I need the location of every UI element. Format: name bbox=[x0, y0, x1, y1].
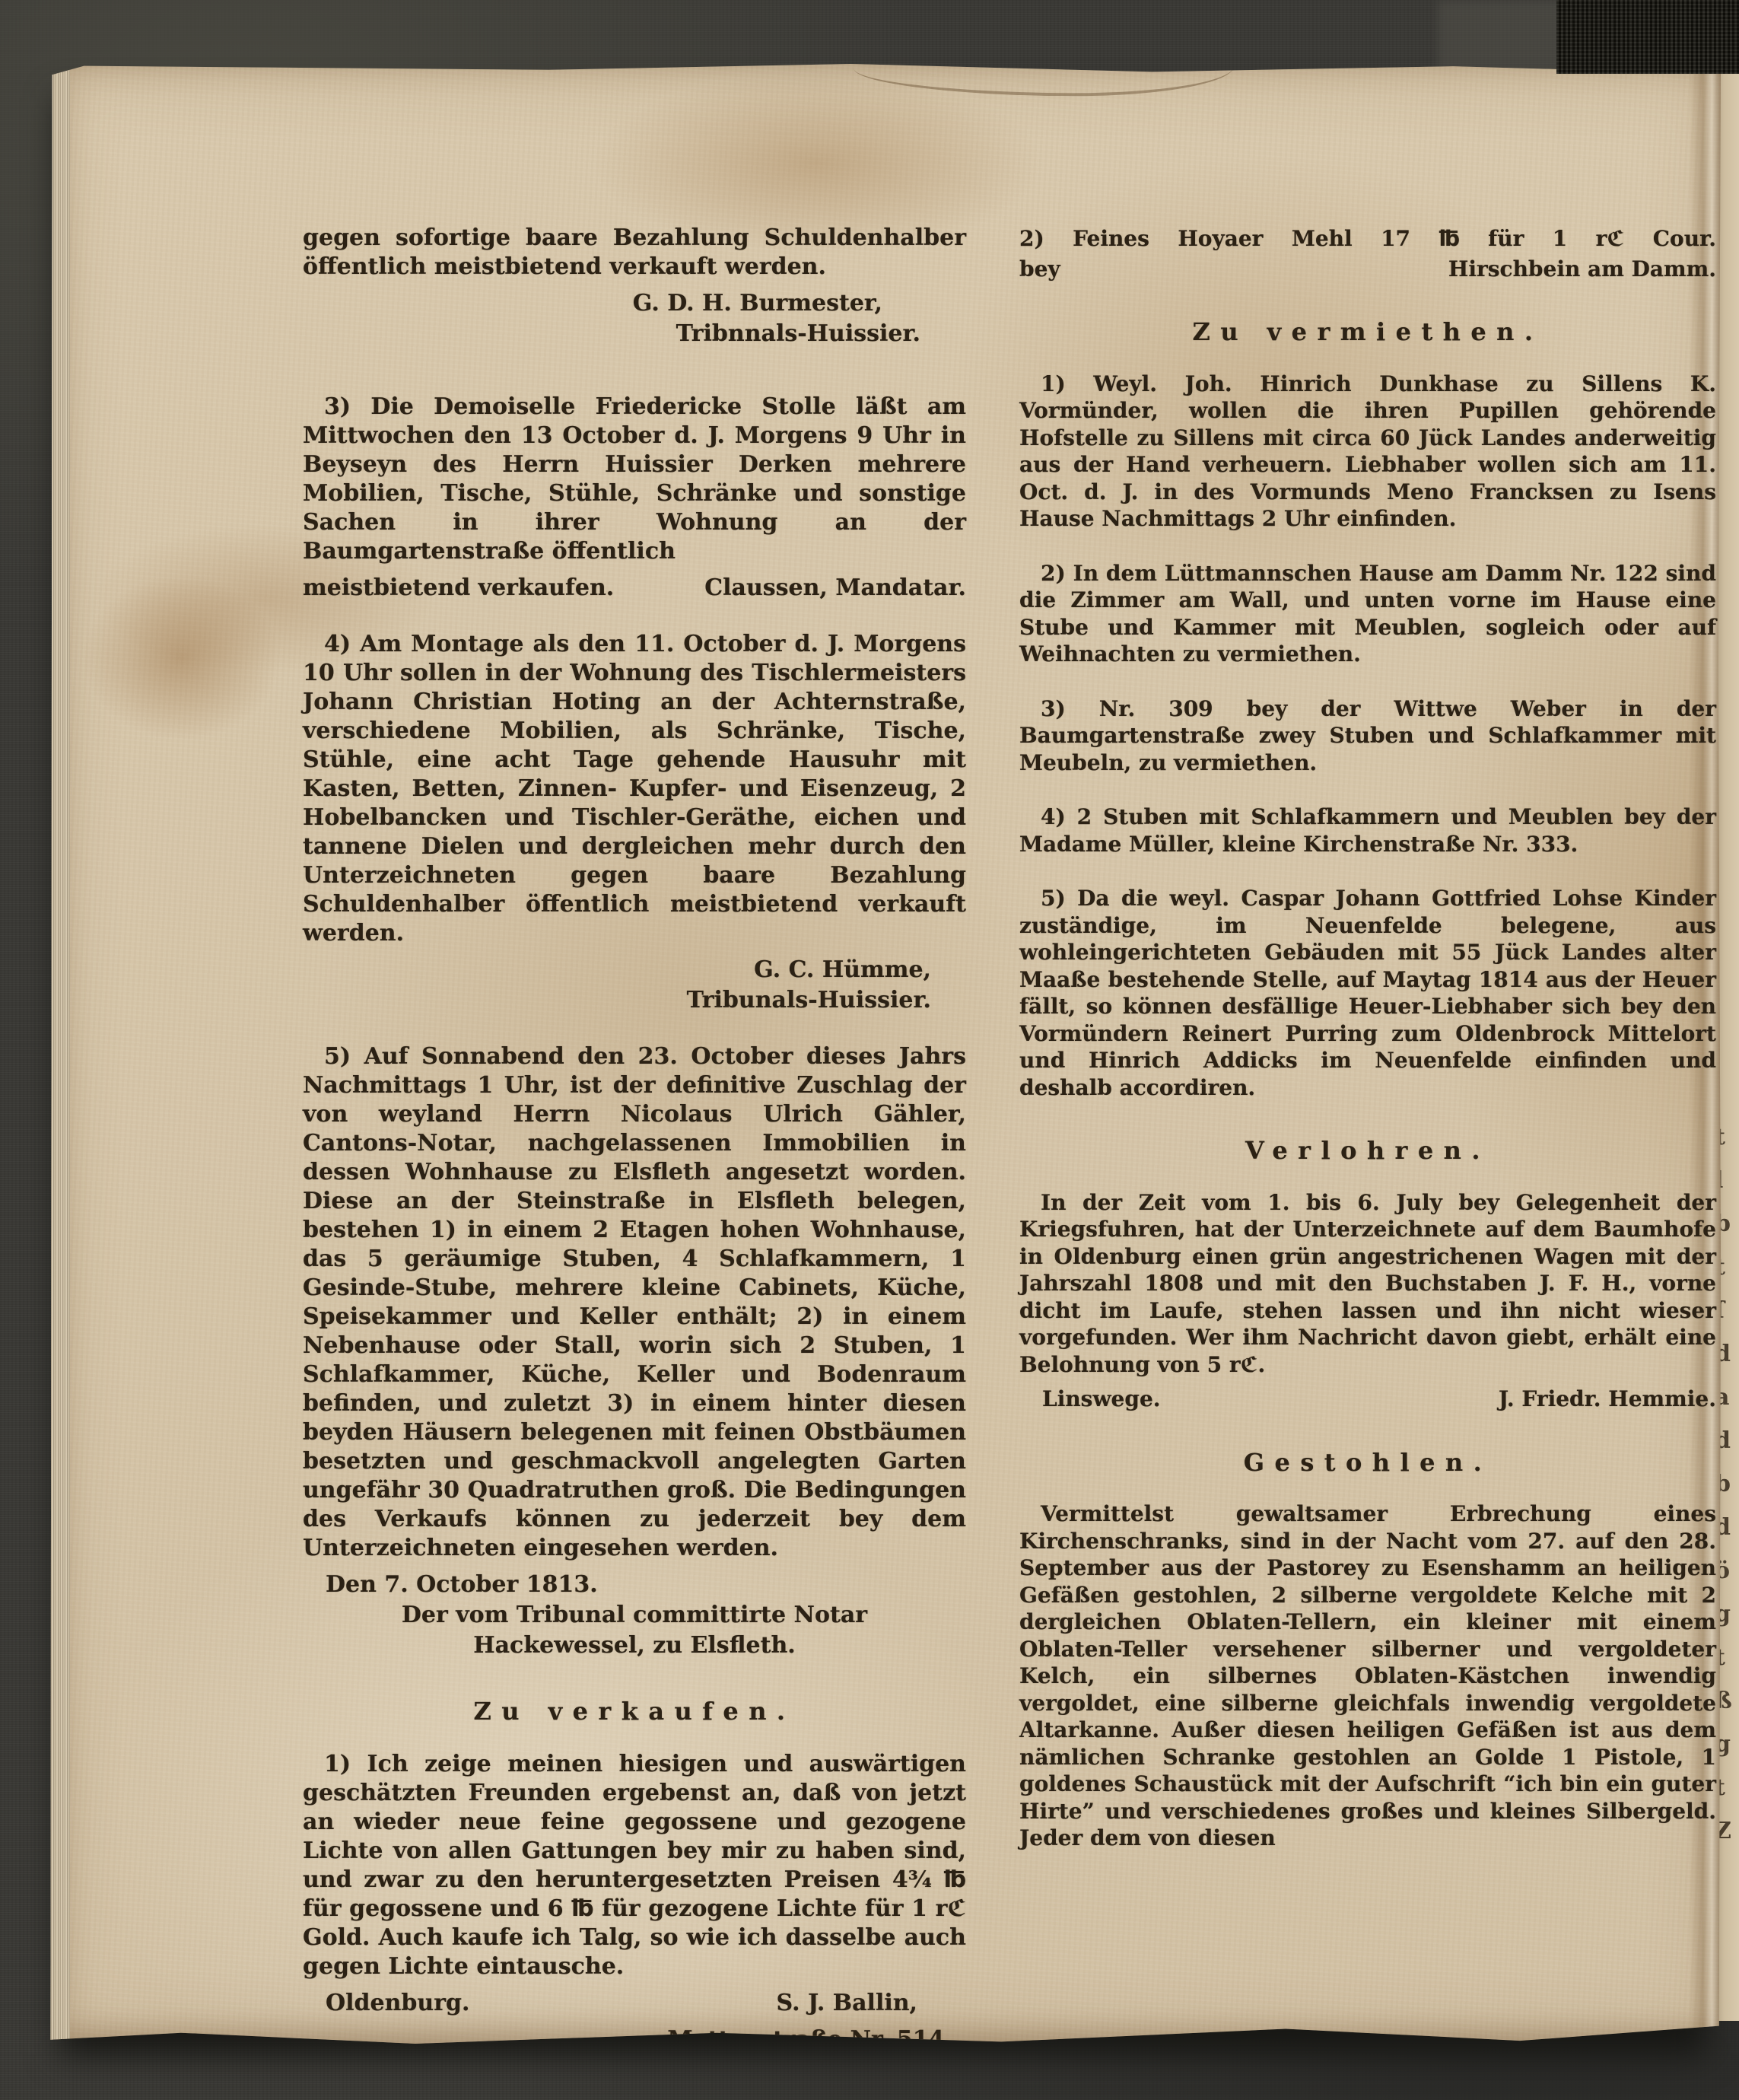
signature-name: S. J. Ballin, bbox=[777, 1989, 917, 2018]
ad-item-4: 4) Am Montage als den 11. October d. J. … bbox=[303, 630, 966, 948]
notary-name: Hackewessel, zu Elsfleth. bbox=[303, 1631, 966, 1660]
top-edge-crease bbox=[854, 62, 1234, 97]
ad-item-3-closing: meistbietend verkaufen. Claussen, Mandat… bbox=[303, 574, 966, 603]
scanned-newspaper-page: t l b t ſ d a d b d ö g t ß g t Z gegen … bbox=[0, 0, 1739, 2100]
section-heading-gestohlen: Gestohlen. bbox=[1019, 1449, 1716, 1477]
ad-continuation: gegen sofortige baare Bezahlung Schulden… bbox=[303, 224, 966, 282]
place-and-signature: Oldenburg. S. J. Ballin, bbox=[303, 1989, 966, 2018]
signature-name: G. C. Hümme, bbox=[303, 956, 966, 985]
word-bey: bey bbox=[1019, 256, 1060, 283]
signature-name: G. D. H. Burmester, bbox=[303, 289, 966, 318]
ad-item-3: 3) Die Demoiselle Friedericke Stolle läß… bbox=[303, 393, 966, 566]
lost-notice: In der Zeit vom 1. bis 6. July bey Geleg… bbox=[1019, 1189, 1716, 1379]
ad-item-5: 5) Auf Sonnabend den 23. October dieses … bbox=[303, 1042, 966, 1563]
rent-item-1: 1) Weyl. Joh. Hinrich Dunkhase zu Sillen… bbox=[1019, 371, 1716, 533]
section-heading-zu-vermiethen: Zu vermiethen. bbox=[1019, 319, 1716, 346]
ad-item-2-sale: 2) Feines Hoyaer Mehl 17 ℔ für 1 rℭ Cour… bbox=[1019, 225, 1716, 253]
section-heading-verlohren: Verlohren. bbox=[1019, 1137, 1716, 1165]
left-column: gegen sofortige baare Bezahlung Schulden… bbox=[303, 224, 966, 2054]
rent-item-4: 4) 2 Stuben mit Schlafkammern und Meuble… bbox=[1019, 803, 1716, 857]
place-name: Oldenburg. bbox=[303, 1989, 469, 2018]
notary-line: Der vom Tribunal committirte Notar bbox=[303, 1601, 966, 1630]
place-name: Linswege. bbox=[1019, 1386, 1161, 1413]
closing-text: meistbietend verkaufen. bbox=[303, 574, 614, 603]
ad-item-1-sale: 1) Ich zeige meinen hiesigen und auswärt… bbox=[303, 1750, 966, 1981]
section-heading-zu-verkaufen: Zu verkaufen. bbox=[303, 1697, 966, 1726]
signature-title: Tribnnals-Huissier. bbox=[303, 320, 966, 348]
signature-name: Claussen, Mandatar. bbox=[704, 574, 966, 603]
signature-title: Tribunals-Huissier. bbox=[303, 986, 966, 1015]
rent-item-2: 2) In dem Lüttmannschen Hause am Damm Nr… bbox=[1019, 560, 1716, 668]
theft-notice: Vermittelst gewaltsamer Erbrechung eines… bbox=[1019, 1500, 1716, 1852]
place-and-signature: Linswege. J. Friedr. Hemmie. bbox=[1019, 1386, 1716, 1413]
rent-item-3: 3) Nr. 309 bey der Wittwe Weber in der B… bbox=[1019, 695, 1716, 777]
seller-name: Hirschbein am Damm. bbox=[1448, 256, 1716, 283]
newspaper-page: gegen sofortige baare Bezahlung Schulden… bbox=[47, 64, 1721, 2044]
page-stack-edges bbox=[47, 64, 70, 2044]
seller-line: bey Hirschbein am Damm. bbox=[1019, 256, 1716, 283]
signature-name: J. Friedr. Hemmie. bbox=[1499, 1386, 1716, 1413]
right-column: 2) Feines Hoyaer Mehl 17 ℔ für 1 rℭ Cour… bbox=[1019, 225, 1716, 1860]
rent-item-5: 5) Da die weyl. Caspar Johann Gottfried … bbox=[1019, 885, 1716, 1101]
date-line: Den 7. October 1813. bbox=[303, 1570, 966, 1599]
black-ribbon-bookmark bbox=[1556, 0, 1739, 74]
